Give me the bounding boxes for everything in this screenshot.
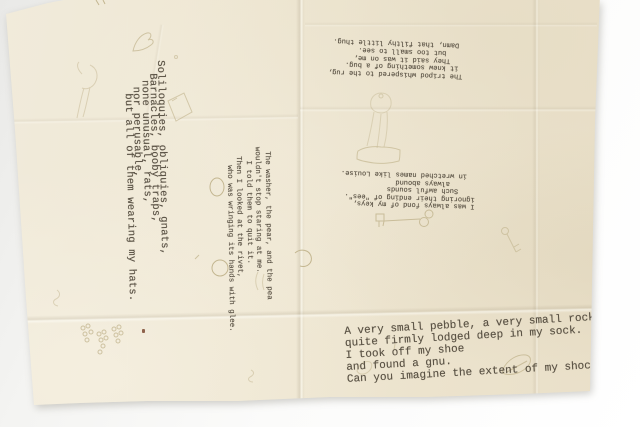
paper-shadow: The tripod whispered to the rug, it knew… [0, 0, 640, 427]
bird-sketch-small [133, 33, 153, 51]
wavy-rectangle-sketch [357, 147, 400, 164]
paper-sheet: The tripod whispered to the rug, it knew… [0, 0, 640, 427]
poem-washer-rotated: The washer, the pear, and the pea wouldn… [223, 147, 274, 334]
poem-tripod-upside-down: The tripod whispered to the rug, it knew… [326, 36, 463, 79]
poem-line: who was wringing its hands with glee. [223, 147, 235, 333]
dot-cluster-sketch [81, 324, 123, 354]
poem-keys-upside-down: I was always fond of my keys, ignoring t… [342, 168, 475, 209]
bird-sketch-large [77, 62, 97, 118]
skeleton-key-sketch [376, 210, 433, 227]
tag-rectangle-sketch [168, 93, 192, 121]
poem-soliloquies-rotated: Soliloquies, obliquies, gnats, Barnacles… [123, 60, 169, 297]
balloon-strings-sketch [367, 93, 391, 148]
photo-backdrop: The tripod whispered to the rug, it knew… [0, 0, 640, 427]
small-key-sketch [502, 228, 522, 253]
